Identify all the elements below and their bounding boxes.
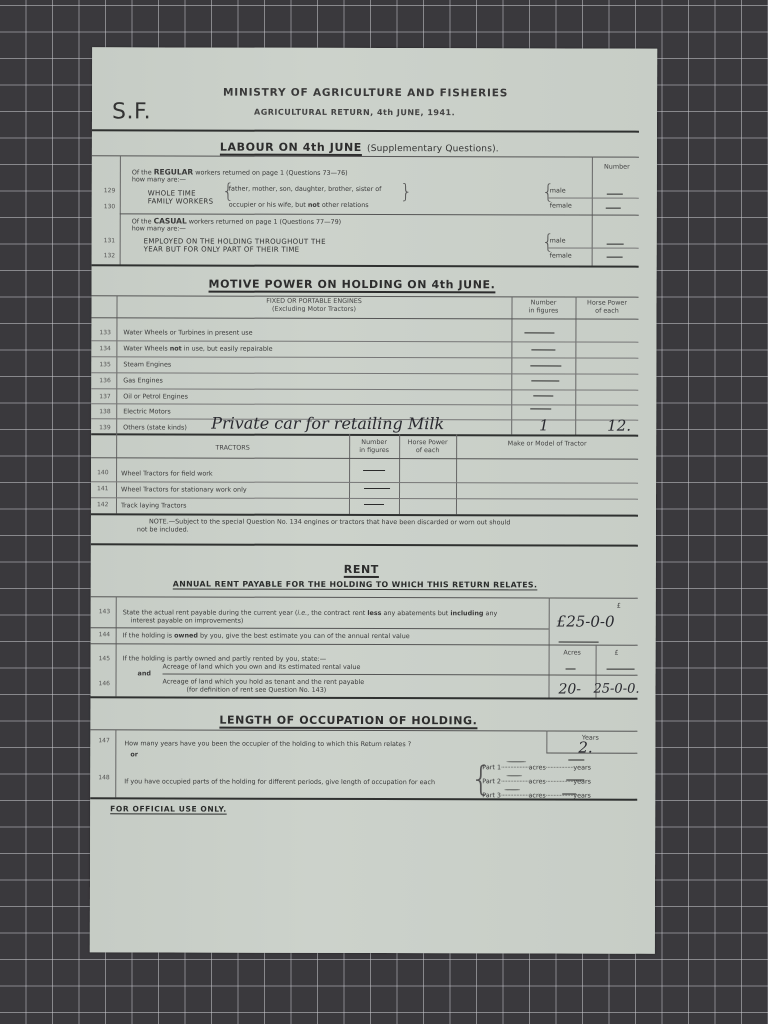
sex-label: female <box>550 251 572 259</box>
q146-label-2: (for definition of rent see Question No.… <box>186 686 326 694</box>
divider <box>91 433 638 436</box>
value-dash <box>530 365 561 366</box>
divider <box>90 797 637 800</box>
motive-power-heading: MOTIVE POWER ON HOLDING ON 4th JUNE. <box>209 273 496 293</box>
value-dash <box>607 257 623 258</box>
engine-label: Gas Engines <box>123 376 162 384</box>
divider <box>91 543 638 546</box>
handwritten-hp: 12. <box>607 417 631 435</box>
question-number: 135 <box>99 361 110 368</box>
pound-header: £ <box>617 602 621 610</box>
engine-label: Electric Motors <box>123 407 171 415</box>
question-number: 133 <box>99 329 110 336</box>
divider <box>91 388 638 390</box>
labour-subtitle: (Supplementary Questions). <box>367 144 499 154</box>
engine-label: Water Wheels or Turbines in present use <box>123 328 252 336</box>
regular-intro-2: how many are:— <box>132 175 186 183</box>
value-dash <box>559 641 599 642</box>
handwritten-rent-payable: 25-0-0. <box>593 682 639 697</box>
question-number: 134 <box>99 345 110 352</box>
labour-title: LABOUR ON 4th JUNE <box>220 141 362 154</box>
value-dash <box>606 208 621 209</box>
engines-header: FIXED OR PORTABLE ENGINES(Excluding Moto… <box>116 296 511 313</box>
qnum-column-line <box>120 155 121 265</box>
engine-label: Steam Engines <box>123 360 171 368</box>
handwritten-acres: 20- <box>558 681 581 697</box>
question-number: 132 <box>104 252 115 259</box>
value-dash <box>363 470 385 471</box>
rent-subtitle: ANNUAL RENT PAYABLE FOR THE HOLDING TO W… <box>173 579 538 589</box>
divider <box>91 317 638 319</box>
question-number: 147 <box>98 737 109 744</box>
form-code: S.F. <box>112 99 151 124</box>
handwritten-years: 2. <box>578 739 592 757</box>
family-workers-label: FAMILY WORKERS <box>148 197 214 205</box>
motive-power-title: MOTIVE POWER ON HOLDING ON 4th JUNE. <box>209 278 496 292</box>
value-dash <box>531 380 559 381</box>
value-dash <box>562 793 576 794</box>
or-label: or <box>130 750 138 758</box>
and-label: and <box>138 669 151 677</box>
divider <box>91 497 638 499</box>
value-dash <box>568 760 584 761</box>
question-number: 130 <box>104 203 115 210</box>
divider <box>163 673 638 675</box>
tractors-header: TRACTORS <box>116 443 349 452</box>
number-column-line <box>511 296 512 434</box>
acres-header: Acres <box>549 648 596 656</box>
value-dash <box>364 488 390 489</box>
divider <box>91 403 638 405</box>
q147-label: How many years have you been the occupie… <box>124 739 411 748</box>
divider <box>91 627 549 629</box>
divider <box>120 213 639 215</box>
question-number: 145 <box>99 655 110 662</box>
divider <box>548 247 639 248</box>
hp-header: Horse Powerof each <box>575 299 638 315</box>
sex-label: female <box>550 201 572 209</box>
value-dash <box>531 349 555 350</box>
value-dash <box>533 395 553 396</box>
agricultural-return-form: S.F. MINISTRY OF AGRICULTURE AND FISHERI… <box>90 47 657 953</box>
value-dash <box>607 244 624 245</box>
divider <box>91 457 638 459</box>
rent-title: RENT <box>344 563 379 576</box>
whole-time-label: WHOLE TIME <box>148 189 196 197</box>
divider <box>90 729 637 731</box>
divider <box>91 481 638 483</box>
question-number: 129 <box>104 187 115 194</box>
handwritten-rent-value: £25-0-0 <box>557 612 615 630</box>
brace: } <box>400 182 413 200</box>
note-line-1: NOTE.—Subject to the special Question No… <box>149 517 510 526</box>
question-number: 139 <box>99 424 110 431</box>
divider <box>546 752 637 753</box>
value-dash <box>566 780 584 781</box>
question-number: 143 <box>99 608 110 615</box>
part-row: Part 1··················acres···········… <box>482 763 634 771</box>
value-dash <box>524 332 554 333</box>
q145-intro: If the holding is partly owned and partl… <box>123 654 327 663</box>
engine-label: Water Wheels not in use, but easily repa… <box>123 344 272 352</box>
ministry-title: MINISTRY OF AGRICULTURE AND FISHERIES <box>223 87 508 100</box>
divider <box>92 155 639 157</box>
hp-header: Horse Powerof each <box>399 438 456 454</box>
question-number: 140 <box>97 469 108 476</box>
part-row: Part 2··················acres···········… <box>482 777 634 785</box>
number-header: Numberin figures <box>349 438 399 454</box>
divider <box>92 129 639 132</box>
casual-intro-2: how many are:— <box>132 224 186 232</box>
q145-label: Acreage of land which you own and its es… <box>163 662 361 671</box>
q148-label: If you have occupied parts of the holdin… <box>124 777 435 786</box>
question-number: 142 <box>97 501 108 508</box>
years-column-line <box>546 730 547 752</box>
handwritten-other-engine: Private car for retailing Milk <box>211 414 444 434</box>
make-header: Make or Model of Tractor <box>456 439 638 447</box>
divider <box>92 264 639 267</box>
return-title: AGRICULTURAL RETURN, 4th JUNE, 1941. <box>254 108 455 118</box>
qnum-column-line <box>115 596 116 696</box>
divider <box>90 696 637 699</box>
value-dash <box>530 408 551 409</box>
engine-label: Others (state kinds) <box>123 423 187 431</box>
relation-line-1: father, mother, son, daughter, brother, … <box>229 185 382 193</box>
value-dash <box>506 761 526 762</box>
note-line-2: not be included. <box>137 525 189 533</box>
divider <box>91 513 638 516</box>
question-number: 137 <box>99 393 110 400</box>
rent-heading: RENT <box>344 558 379 577</box>
divider <box>91 596 638 598</box>
question-number: 144 <box>99 631 110 638</box>
engine-label: Oil or Petrol Engines <box>123 392 188 400</box>
question-number: 141 <box>97 485 108 492</box>
value-dash <box>566 669 576 670</box>
handwritten-number: 1 <box>539 416 549 434</box>
q144-text: If the holding is owned by you, give the… <box>123 631 410 640</box>
hp-column-line <box>575 297 576 435</box>
divider <box>91 356 638 358</box>
tractor-label: Wheel Tractors for field work <box>121 469 213 477</box>
question-number: 136 <box>99 377 110 384</box>
occupation-heading: LENGTH OF OCCUPATION OF HOLDING. <box>219 709 477 729</box>
divider <box>91 372 638 374</box>
divider <box>91 643 638 645</box>
question-number: 138 <box>99 408 110 415</box>
value-dash <box>607 669 635 670</box>
number-header: Number <box>597 163 637 171</box>
q143-text-2: interest payable on improvements) <box>131 616 244 624</box>
question-number: 131 <box>104 237 115 244</box>
value-dash <box>607 194 623 195</box>
labour-heading: LABOUR ON 4th JUNE (Supplementary Questi… <box>220 136 499 156</box>
relation-line-2: occupier or his wife, but not other rela… <box>229 201 369 209</box>
sex-label: male <box>550 186 566 194</box>
occupation-title: LENGTH OF OCCUPATION OF HOLDING. <box>219 714 477 728</box>
value-dash <box>504 789 520 790</box>
question-number: 148 <box>98 774 109 781</box>
sex-label: male <box>550 236 566 244</box>
number-column-line <box>592 157 593 267</box>
divider <box>548 197 639 198</box>
question-number: 146 <box>99 680 110 687</box>
official-use-label: FOR OFFICIAL USE ONLY. <box>110 804 227 813</box>
tractor-label: Track laying Tractors <box>121 501 187 509</box>
employed-line-2: YEAR BUT FOR ONLY PART OF THEIR TIME <box>144 245 300 253</box>
tractor-label: Wheel Tractors for stationary work only <box>121 485 247 493</box>
value-dash <box>364 504 384 505</box>
value-column-line <box>548 597 549 697</box>
value-dash <box>506 775 522 776</box>
qnum-column-line <box>115 729 116 797</box>
pound-header: £ <box>596 649 638 657</box>
divider <box>91 340 638 342</box>
qnum-column-line <box>116 295 117 433</box>
number-header: Numberin figures <box>511 298 575 314</box>
